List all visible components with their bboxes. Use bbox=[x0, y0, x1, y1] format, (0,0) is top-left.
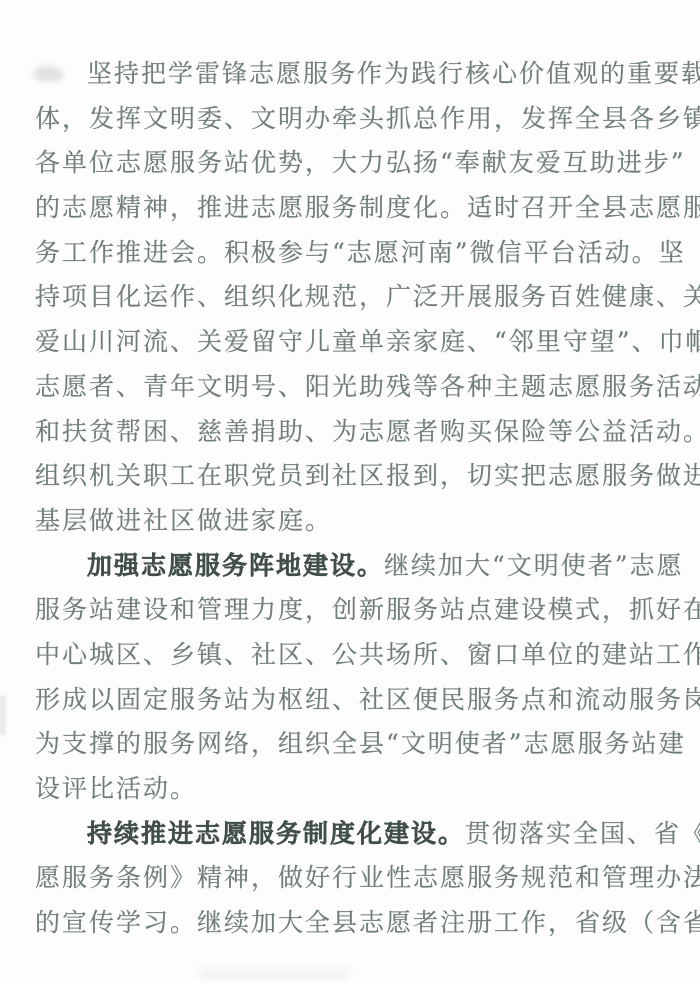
scanned-document-page: 坚持把学雷锋志愿服务作为践行核心价值观的重要载体，发挥文明委、文明办牵头抓总作用… bbox=[0, 0, 700, 983]
text-line: 和扶贫帮困、慈善捐助、为志愿者购买保险等公益活动。 bbox=[35, 410, 667, 455]
paragraph-text: 形成以固定服务站为枢纽、社区便民服务点和流动服务岗 bbox=[35, 685, 700, 714]
text-line: 设评比活动。 bbox=[35, 767, 667, 812]
paragraph-text: 继续加大“文明使者”志愿 bbox=[384, 551, 684, 580]
text-line: 中心城区、乡镇、社区、公共场所、窗口单位的建站工作， bbox=[35, 633, 667, 678]
paragraph-lead-bold-text: 持续推进志愿服务制度化建设。 bbox=[87, 819, 465, 848]
paragraph-text: 和扶贫帮困、慈善捐助、为志愿者购买保险等公益活动。 bbox=[35, 417, 700, 446]
text-line: 的志愿精神，推进志愿服务制度化。适时召开全县志愿服 bbox=[35, 186, 667, 231]
text-line: 体，发挥文明委、文明办牵头抓总作用，发挥全县各乡镇 bbox=[35, 97, 667, 142]
paragraph-text: 为支撑的服务网络，组织全县“文明使者”志愿服务站建 bbox=[35, 729, 686, 758]
paragraph-text: 爱山川河流、关爱留守儿童单亲家庭、“邻里守望”、巾帼 bbox=[35, 327, 700, 356]
text-line: 各单位志愿服务站优势，大力弘扬“奉献友爱互助进步” bbox=[35, 141, 667, 186]
paragraph-text: 志愿者、青年文明号、阳光助残等各种主题志愿服务活动 bbox=[35, 372, 700, 401]
paragraph-text: 体，发挥文明委、文明办牵头抓总作用，发挥全县各乡镇 bbox=[35, 104, 700, 133]
paragraph-text: 务工作推进会。积极参与“志愿河南”微信平台活动。坚 bbox=[35, 238, 686, 267]
paragraph-text: 的志愿精神，推进志愿服务制度化。适时召开全县志愿服 bbox=[35, 193, 700, 222]
paragraph-text: 贯彻落实全国、省《志 bbox=[465, 819, 700, 848]
text-line: 为支撑的服务网络，组织全县“文明使者”志愿服务站建 bbox=[35, 722, 667, 767]
paragraph-text: 的宣传学习。继续加大全县志愿者注册工作，省级（含省 bbox=[35, 908, 700, 937]
scan-artifact-edge-streak bbox=[0, 695, 5, 735]
text-line: 愿服务条例》精神，做好行业性志愿服务规范和管理办法 bbox=[35, 856, 667, 901]
text-line: 加强志愿服务阵地建设。继续加大“文明使者”志愿 bbox=[35, 544, 667, 589]
text-line: 爱山川河流、关爱留守儿童单亲家庭、“邻里守望”、巾帼 bbox=[35, 320, 667, 365]
paragraph-text: 坚持把学雷锋志愿服务作为践行核心价值观的重要载 bbox=[87, 59, 700, 88]
paragraph-text: 基层做进社区做进家庭。 bbox=[35, 506, 332, 535]
paragraph-text: 组织机关职工在职党员到社区报到，切实把志愿服务做进 bbox=[35, 461, 700, 490]
text-line: 坚持把学雷锋志愿服务作为践行核心价值观的重要载 bbox=[35, 52, 667, 97]
document-body: 坚持把学雷锋志愿服务作为践行核心价值观的重要载体，发挥文明委、文明办牵头抓总作用… bbox=[35, 52, 667, 946]
paragraph-text: 持项目化运作、组织化规范，广泛开展服务百姓健康、关 bbox=[35, 282, 700, 311]
text-line: 志愿者、青年文明号、阳光助残等各种主题志愿服务活动 bbox=[35, 365, 667, 410]
text-line: 持续推进志愿服务制度化建设。贯彻落实全国、省《志 bbox=[35, 812, 667, 857]
text-line: 服务站建设和管理力度，创新服务站点建设模式，抓好在 bbox=[35, 588, 667, 633]
paragraph-text: 愿服务条例》精神，做好行业性志愿服务规范和管理办法 bbox=[35, 863, 700, 892]
scan-artifact-bottom-ghost bbox=[200, 968, 350, 980]
text-line: 基层做进社区做进家庭。 bbox=[35, 499, 667, 544]
paragraph-text: 服务站建设和管理力度，创新服务站点建设模式，抓好在 bbox=[35, 595, 700, 624]
paragraph-lead-bold-text: 加强志愿服务阵地建设。 bbox=[87, 551, 384, 580]
paragraph: 坚持把学雷锋志愿服务作为践行核心价值观的重要载体，发挥文明委、文明办牵头抓总作用… bbox=[35, 52, 667, 544]
text-line: 务工作推进会。积极参与“志愿河南”微信平台活动。坚 bbox=[35, 231, 667, 276]
paragraph: 持续推进志愿服务制度化建设。贯彻落实全国、省《志愿服务条例》精神，做好行业性志愿… bbox=[35, 812, 667, 946]
text-line: 的宣传学习。继续加大全县志愿者注册工作，省级（含省 bbox=[35, 901, 667, 946]
text-line: 形成以固定服务站为枢纽、社区便民服务点和流动服务岗 bbox=[35, 678, 667, 723]
text-line: 组织机关职工在职党员到社区报到，切实把志愿服务做进 bbox=[35, 454, 667, 499]
paragraph-text: 中心城区、乡镇、社区、公共场所、窗口单位的建站工作， bbox=[35, 640, 700, 669]
paragraph-text: 设评比活动。 bbox=[35, 774, 197, 803]
text-line: 持项目化运作、组织化规范，广泛开展服务百姓健康、关 bbox=[35, 275, 667, 320]
paragraph-text: 各单位志愿服务站优势，大力弘扬“奉献友爱互助进步” bbox=[35, 148, 686, 177]
paragraph: 加强志愿服务阵地建设。继续加大“文明使者”志愿服务站建设和管理力度，创新服务站点… bbox=[35, 544, 667, 812]
